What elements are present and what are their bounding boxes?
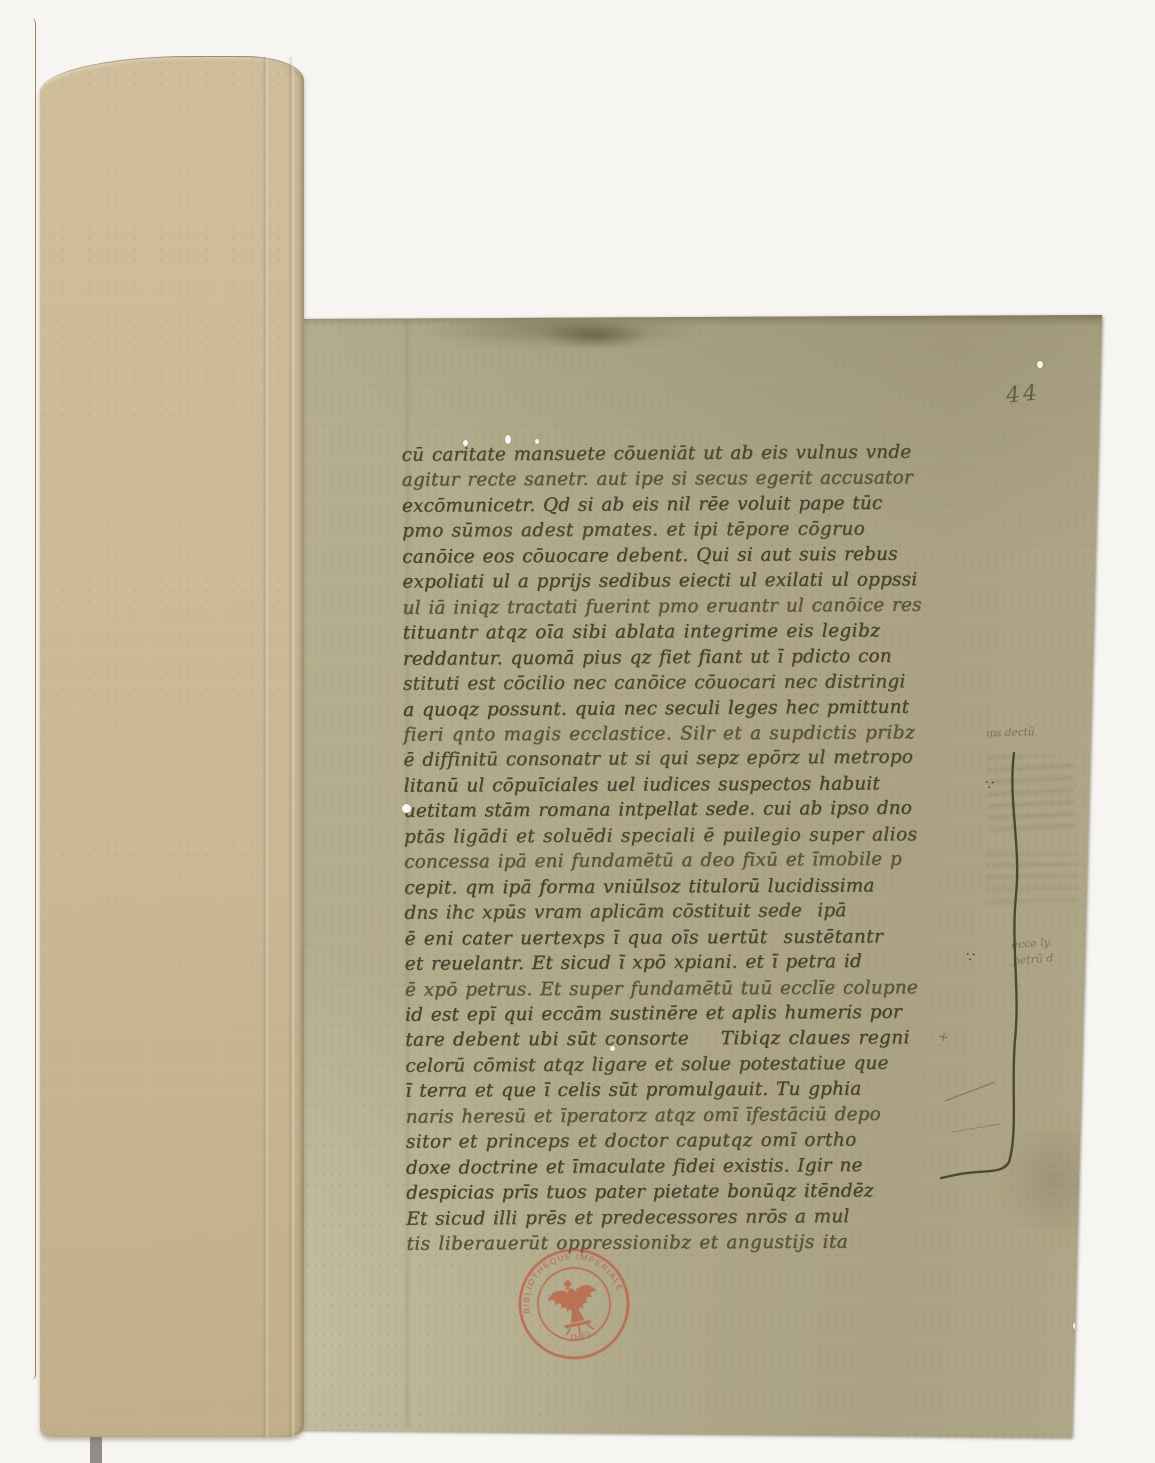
manuscript-line: sitor et princeps et doctor caputqz omī …	[406, 1127, 984, 1155]
margin-note-top: ips dectū	[986, 725, 1096, 740]
paper-speck	[402, 804, 411, 813]
manuscript-line: canōice eos cōuocare debent. Qui si aut …	[402, 541, 980, 570]
manuscript-line: ptās ligādi et soluēdi speciali ē puileg…	[404, 822, 982, 850]
manuscript-line: concessa ipā eni fundamētū a deo fixū et…	[404, 846, 982, 875]
manuscript-line: naris heresū et īperatorz atqz omī īfest…	[406, 1101, 984, 1130]
manuscript-line: doxe doctrine et īmaculate fidei existis…	[406, 1152, 984, 1181]
flyleaf-crease	[262, 57, 269, 1437]
manuscript-line: stituti est cōcilio nec canōice cōuocari…	[403, 669, 981, 697]
paper-speck	[1037, 361, 1043, 368]
library-stamp: BIBLIOTHEQUE IMPERIALE (MF)	[496, 1226, 653, 1383]
manuscript-scan: 44 cū caritate mansuete cōueniāt ut ab e…	[0, 0, 1155, 1463]
manuscript-line: ē xpō petrus. Et super fundamētū tuū ecc…	[405, 974, 983, 1002]
paper-speck	[535, 439, 539, 444]
paper-speck	[505, 435, 511, 444]
manuscript-line: pmo sūmos adest pmates. et ipi tēpore cō…	[402, 516, 980, 544]
parchment-top-shade	[298, 314, 1104, 325]
margin-note-side: ecce ly petrū d	[1011, 935, 1054, 970]
manuscript-line: ē eni cater uertexps ī qua oīs uertūt su…	[404, 924, 982, 952]
manuscript-line: cū caritate mansuete cōueniāt ut ab eis …	[402, 439, 980, 468]
manuscript-line: a quoqz possunt. quia nec seculi leges h…	[403, 694, 981, 723]
paper-speck	[463, 440, 468, 446]
paper-speck	[610, 1046, 615, 1051]
flyleaf-crease	[288, 57, 295, 1437]
eagle-icon	[544, 1275, 604, 1339]
margin-note-side-line: petrū d	[1012, 951, 1054, 970]
manuscript-line: cepit. qm ipā forma vniūlsoz titulorū lu…	[404, 873, 982, 901]
manuscript-line: expoliati ul a pprijs sedibus eiecti ul …	[402, 567, 980, 595]
manuscript-line: uetitam stām romana intpellat sede. cui …	[404, 796, 982, 825]
manuscript-line: Et sicud illi prēs et predecessores nrōs…	[406, 1203, 984, 1232]
manuscript-text-block: cū caritate mansuete cōueniāt ut ab eis …	[402, 439, 985, 1257]
manuscript-line: tis liberauerūt oppressionibz et angusti…	[406, 1229, 984, 1257]
manuscript-line: ē diffinitū consonatr ut si qui sepz epō…	[403, 745, 981, 774]
stain	[540, 322, 650, 348]
manuscript-line: celorū cōmist atqz ligare et solue potes…	[405, 1050, 983, 1079]
manuscript-line: et reuelantr. Et sicud ī xpō xpiani. et …	[405, 948, 983, 977]
manuscript-line: ī terra et que ī celis sūt promulgauit. …	[405, 1076, 983, 1104]
manuscript-line: reddantur. quomā pius qz fiet fiant ut ī…	[403, 643, 981, 672]
manuscript-line: tituantr atqz oīa sibi ablata integrime …	[403, 618, 981, 646]
manuscript-line: tare debent ubi sūt consorte Tibiqz clau…	[405, 1025, 983, 1053]
stamp-bottom-text: (MF)	[568, 1328, 593, 1344]
manuscript-line: ul iā iniqz tractati fuerint pmo eruantr…	[402, 592, 980, 621]
manuscript-line: id est epī qui eccām sustinēre et aplis …	[405, 999, 983, 1028]
manuscript-line: litanū ul cōpuīciales uel iudices suspec…	[404, 771, 982, 799]
ink-showthrough	[987, 755, 1074, 830]
manuscript-line: despicias prīs tuos pater pietate bonūqz…	[406, 1178, 984, 1206]
manuscript-line: agitur recte sanetr. aut ipe si secus eg…	[402, 465, 980, 493]
manuscript-line: fieri qnto magis ecclastice. Silr et a s…	[403, 720, 981, 748]
folio-number: 44	[1005, 380, 1041, 408]
manuscript-line: excōmunicetr. Qd si ab eis nil rēe volui…	[402, 490, 980, 519]
manuscript-line: dns ihc xpūs vram aplicām cōstituit sede…	[404, 897, 982, 926]
stain	[1000, 1120, 1110, 1240]
ink-showthrough	[986, 852, 1078, 910]
flyleaf-page	[40, 56, 304, 1437]
paper-speck	[1073, 1322, 1081, 1330]
